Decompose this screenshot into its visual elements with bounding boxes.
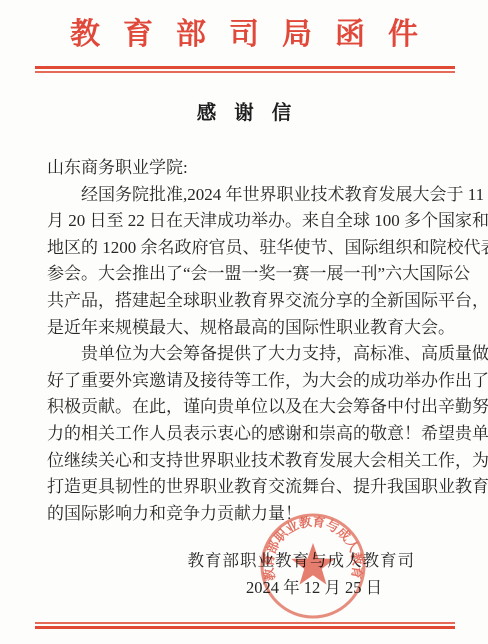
body-line: 经国务院批准,2024 年世界职业技术教育发展大会于 11 — [47, 182, 447, 209]
letter-title: 感谢信 — [0, 97, 488, 125]
body-line: 位继续关心和支持世界职业技术教育发展大会相关工作，为 — [47, 448, 447, 475]
body-line: 共产品，搭建起全球职业教育界交流分享的全新国际平台， — [47, 288, 447, 315]
body-line: 参会。大会推出了“会一盟一奖一赛一展一刊”六大国际公 — [47, 261, 447, 288]
body-line: 积极贡献。在此，谨向贵单位以及在大会筹备中付出辛勤努 — [47, 394, 447, 421]
body-line: 的国际影响力和竞争力贡献力量！ — [47, 501, 447, 528]
letterhead-title: 教育部司局函件 — [0, 17, 488, 53]
body-line: 力的相关工作人员表示衷心的感谢和崇高的敬意！希望贵单 — [47, 421, 447, 448]
salutation: 山东商务职业学院: — [47, 155, 447, 182]
body-line: 贵单位为大会筹备提供了大力支持，高标准、高质量做 — [47, 341, 447, 368]
letter-body: 山东商务职业学院: 经国务院批准,2024 年世界职业技术教育发展大会于 11 … — [47, 155, 447, 527]
header-rule — [35, 66, 455, 73]
body-line: 是近年来规模最大、规格最高的国际性职业教育大会。 — [47, 315, 447, 342]
body-line: 好了重要外宾邀请及接待等工作，为大会的成功举办作出了 — [47, 368, 447, 395]
seal-star-icon — [291, 543, 335, 585]
body-paragraph: 贵单位为大会筹备提供了大力支持，高标准、高质量做 好了重要外宾邀请及接待等工作，… — [47, 341, 447, 527]
official-seal: 教育部职业教育与成人教育司 — [257, 509, 369, 621]
body-line: 月 20 日至 22 日在天津成功举办。来自全球 100 多个国家和 — [47, 208, 447, 235]
body-line: 打造更具韧性的世界职业教育交流舞台、提升我国职业教育 — [47, 474, 447, 501]
footer-rule — [35, 622, 455, 629]
body-line: 地区的 1200 余名政府官员、驻华使节、国际组织和院校代表 — [47, 235, 447, 262]
body-paragraph: 经国务院批准,2024 年世界职业技术教育发展大会于 11 月 20 日至 22… — [47, 182, 447, 342]
letter-page: 教育部司局函件 感谢信 山东商务职业学院: 经国务院批准,2024 年世界职业技… — [0, 0, 488, 644]
